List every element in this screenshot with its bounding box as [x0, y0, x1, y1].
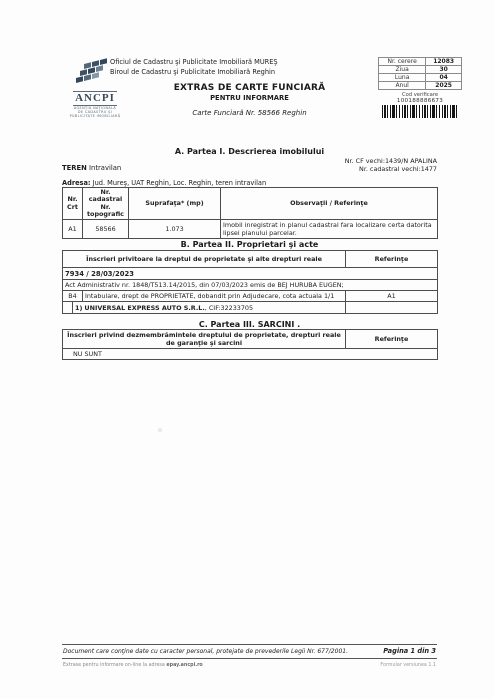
cell-nr-crt: A1: [63, 220, 83, 239]
document-subtitle: PENTRU INFORMARE: [62, 94, 437, 102]
table-row: A1 58566 1.073 Imobil inregistrat in pla…: [63, 220, 438, 239]
cell-suprafata: 1.073: [129, 220, 221, 239]
address-value: Jud. Mureş, UAT Reghin, Loc. Reghin, ter…: [93, 179, 266, 187]
title-block: EXTRAS DE CARTE FUNCIARĂ PENTRU INFORMAR…: [62, 83, 437, 117]
scan-artifact: [158, 428, 162, 432]
part2-table: Înscrieri privitoare la dreptul de propr…: [62, 250, 438, 314]
request-number-value: 12083: [426, 58, 462, 66]
part1-col-observatii: Observaţii / Referinţe: [221, 188, 438, 220]
part2-heading: B. Partea II. Proprietari şi acte: [62, 240, 437, 249]
part1-heading: A. Partea I. Descrierea imobilului: [62, 147, 437, 156]
part3-col1-header: Înscrieri privind dezmembrămintele drept…: [63, 330, 346, 349]
land-type: TEREN: [62, 164, 87, 172]
part1-col-nr-crt: Nr. Crt: [63, 188, 83, 220]
part1-col-cadastral: Nr. cadastral Nr. topografic: [83, 188, 129, 220]
table-row: 7934 / 28/03/2023: [63, 268, 438, 280]
old-references: Nr. CF vechi:1439/N APALINA Nr. cadastra…: [345, 157, 437, 174]
owner-name: UNIVERSAL EXPRESS AUTO S.R.L.: [84, 304, 204, 312]
table-row: 1) UNIVERSAL EXPRESS AUTO S.R.L., CIF:32…: [63, 302, 438, 314]
table-row: Act Administrativ nr. 1848/T513.14/2015,…: [63, 280, 438, 291]
owner-line: 1) UNIVERSAL EXPRESS AUTO S.R.L., CIF:32…: [73, 302, 346, 314]
form-version: Formular versiunea 1.1: [380, 663, 436, 668]
part2-col1-header: Înscrieri privitoare la dreptul de propr…: [63, 251, 346, 268]
entry-number: 7934 / 28/03/2023: [63, 268, 438, 280]
privacy-note: Document care conţine date cu caracter p…: [63, 648, 348, 655]
owner-cif: , CIF:32233705: [205, 304, 253, 312]
land-zone: Intravilan: [89, 164, 121, 172]
page-footer: Document care conţine date cu caracter p…: [62, 644, 437, 668]
epay-url: epay.ancpi.ro: [166, 663, 202, 668]
position-reference: A1: [346, 291, 438, 302]
no-encumbrances-text: NU SUNT: [63, 349, 438, 360]
online-extract-note: Extrase pentru informare on-line la adre…: [63, 663, 203, 668]
document-title: EXTRAS DE CARTE FUNCIARĂ: [62, 83, 437, 93]
request-number-label: Nr. cerere: [379, 58, 426, 66]
address-line: Adresa: Jud. Mureş, UAT Reghin, Loc. Reg…: [62, 179, 266, 187]
document-page: ANCPI AGENŢIA NAŢIONALĂ DE CADASTRU ŞI P…: [0, 0, 494, 699]
request-day-label: Ziua: [379, 66, 426, 74]
office-line-2: Biroul de Cadastru şi Publicitate Imobil…: [110, 68, 278, 78]
land-type-line: TEREN Intravilan: [62, 164, 121, 172]
page-indicator: Pagina 1 din 3: [383, 647, 436, 655]
old-cadastral-number: Nr. cadastral vechi:1477: [345, 165, 437, 173]
part3-col2-header: Referinţe: [346, 330, 438, 349]
request-month-value: 04: [426, 74, 462, 82]
owner-reference-empty: [346, 302, 438, 314]
act-line: Act Administrativ nr. 1848/T513.14/2015,…: [63, 280, 438, 291]
owner-index: 1): [75, 304, 82, 312]
part3-table: Înscrieri privind dezmembrămintele drept…: [62, 329, 438, 360]
position-text: Intabulare, drept de PROPRIETATE, doband…: [83, 291, 346, 302]
request-day-value: 30: [426, 66, 462, 74]
address-label: Adresa:: [62, 179, 91, 187]
online-note-text: Extrase pentru informare on-line la adre…: [63, 663, 166, 668]
land-book-reference: Carte Funciară Nr. 58566 Reghin: [62, 109, 437, 117]
office-line-1: Oficiul de Cadastru şi Publicitate Imobi…: [110, 58, 278, 68]
owner-row-spacer: [63, 302, 73, 314]
table-row: NU SUNT: [63, 349, 438, 360]
position-code: B4: [63, 291, 83, 302]
part1-table: Nr. Crt Nr. cadastral Nr. topografic Sup…: [62, 187, 438, 239]
cell-observatii: Imobil inregistrat in planul cadastral f…: [221, 220, 438, 239]
part3-heading: C. Partea III. SARCINI .: [62, 320, 437, 329]
old-cf-number: Nr. CF vechi:1439/N APALINA: [345, 157, 437, 165]
request-month-label: Luna: [379, 74, 426, 82]
part1-col-suprafata: Suprafaţa* (mp): [129, 188, 221, 220]
issuing-office: Oficiul de Cadastru şi Publicitate Imobi…: [110, 58, 278, 77]
table-row: B4 Intabulare, drept de PROPRIETATE, dob…: [63, 291, 438, 302]
footer-info-row: Extrase pentru informare on-line la adre…: [62, 659, 437, 668]
cell-cadastral: 58566: [83, 220, 129, 239]
part2-col2-header: Referinţe: [346, 251, 438, 268]
footer-privacy-row: Document care conţine date cu caracter p…: [62, 644, 437, 659]
